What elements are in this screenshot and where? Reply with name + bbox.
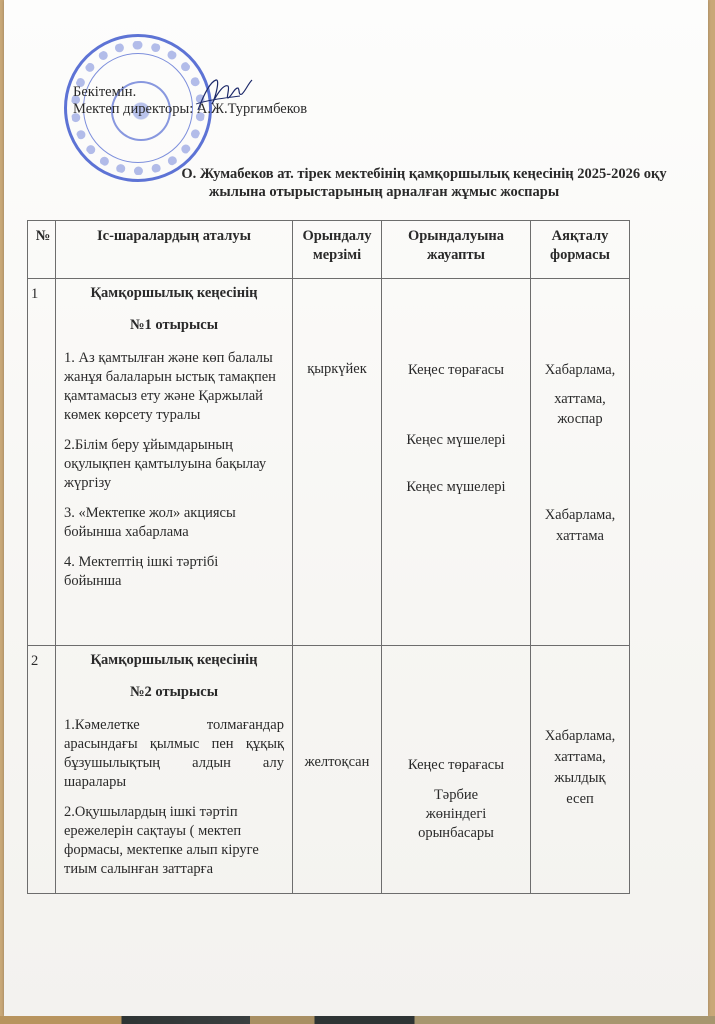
result-form: жоспар <box>531 410 629 429</box>
result-form: есеп <box>531 790 629 809</box>
deadline-cell: желтоқсан <box>293 646 382 894</box>
document-title: О. Жумабеков ат. тірек мектебінің қамқор… <box>104 165 704 201</box>
table-row: 1 Қамқоршылық кеңесінің №1 отырысы 1. Аз… <box>28 279 630 646</box>
meeting-heading: Қамқоршылық кеңесінің №1 отырысы <box>64 284 284 335</box>
deadline: қыркүйек <box>293 360 381 379</box>
approval-block: Бекітемін. Мектеп директоры: А.Ж.Тургимб… <box>73 84 307 118</box>
row-number: 2 <box>28 646 56 894</box>
agenda-item: 1. Аз қамтылған және көп балалы жанұя ба… <box>64 349 278 425</box>
responsible-person: Кеңес төрағасы <box>382 361 530 380</box>
responsible-person: Кеңес мүшелері <box>382 478 530 497</box>
activity-cell: Қамқоршылық кеңесінің №1 отырысы 1. Аз қ… <box>56 279 293 646</box>
background-surface <box>0 1016 715 1024</box>
table-header-row: № Іс-шаралардың аталуы Орындалу мерзімі … <box>28 221 630 279</box>
table-row: 2 Қамқоршылық кеңесінің №2 отырысы 1.Кәм… <box>28 646 630 894</box>
result-form: хаттама, <box>531 748 629 767</box>
agenda-item: 2.Білім беру ұйымдарының оқулықпен қамты… <box>64 436 284 493</box>
agenda-item: 4. Мектептің ішкі тәртібі бойынша <box>64 553 244 591</box>
header-responsible: Орындалуына жауапты <box>382 221 531 279</box>
result-form: Хабарлама, <box>531 506 629 525</box>
result-form: хаттама <box>531 527 629 546</box>
title-line-1: О. Жумабеков ат. тірек мектебінің қамқор… <box>104 165 704 183</box>
agenda-item: 2.Оқушылардың ішкі тәртіп ережелерін сақ… <box>64 803 274 879</box>
result-form: жылдық <box>531 769 629 788</box>
director-line: Мектеп директоры: А.Ж.Тургимбеков <box>73 101 307 118</box>
activity-cell: Қамқоршылық кеңесінің №2 отырысы 1.Кәмел… <box>56 646 293 894</box>
result-form-cell: Хабарлама, хаттама, жылдық есеп <box>531 646 630 894</box>
responsible-person: Кеңес төрағасы <box>382 756 530 775</box>
header-result-form: Аяқталу формасы <box>531 221 630 279</box>
result-form: Хабарлама, <box>531 361 629 380</box>
meeting-heading: Қамқоршылық кеңесінің №2 отырысы <box>64 651 284 702</box>
row-number: 1 <box>28 279 56 646</box>
deadline-cell: қыркүйек <box>293 279 382 646</box>
title-line-2: жылына отырыстарының арналған жұмыс жосп… <box>104 183 704 201</box>
work-plan-table: № Іс-шаралардың аталуы Орындалу мерзімі … <box>27 220 630 894</box>
result-form: хаттама, <box>531 390 629 409</box>
header-activity: Іс-шаралардың аталуы <box>56 221 293 279</box>
header-deadline: Орындалу мерзімі <box>293 221 382 279</box>
approval-label: Бекітемін. <box>73 84 307 101</box>
result-form: Хабарлама, <box>531 727 629 746</box>
responsible-cell: Кеңес төрағасы Кеңес мүшелері Кеңес мүше… <box>382 279 531 646</box>
deadline: желтоқсан <box>293 753 381 772</box>
responsible-person: Кеңес мүшелері <box>382 431 530 450</box>
responsible-cell: Кеңес төрағасы Тәрбие жөніндегі орынбаса… <box>382 646 531 894</box>
header-number: № <box>28 221 56 279</box>
responsible-person: Тәрбие жөніндегі орынбасары <box>382 786 530 843</box>
result-form-cell: Хабарлама, хаттама, жоспар Хабарлама, ха… <box>531 279 630 646</box>
agenda-item: 3. «Мектепке жол» акциясы бойынша хабарл… <box>64 504 244 542</box>
agenda-item: 1.Кәмелетке толмағандар арасындағы қылмы… <box>64 716 284 792</box>
